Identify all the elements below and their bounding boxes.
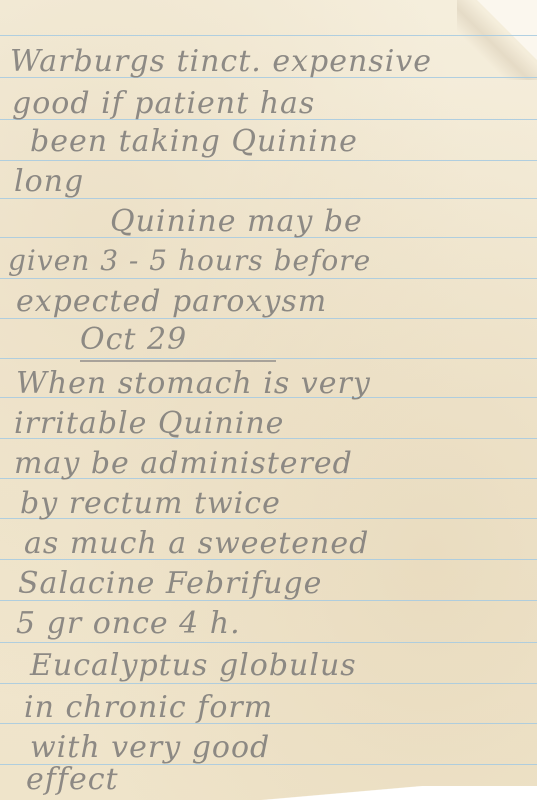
date-heading: Oct 29 — [80, 322, 537, 357]
handwritten-line-14: Salacine Febrifuge — [18, 566, 537, 601]
manuscript-page: Warburgs tinct. expensive good if patien… — [0, 0, 537, 800]
ruled-line — [0, 642, 537, 643]
handwritten-line-18: with very good — [30, 730, 537, 765]
handwritten-line-16: Eucalyptus globulus — [30, 648, 537, 683]
ruled-line — [0, 160, 537, 161]
ruled-line — [0, 358, 537, 359]
handwritten-line-4: long — [14, 164, 537, 199]
handwritten-line-7: expected paroxysm — [16, 284, 537, 319]
handwritten-line-15: 5 gr once 4 h. — [16, 606, 537, 641]
handwritten-line-9: When stomach is very — [16, 366, 537, 401]
handwritten-line-1: Warburgs tinct. expensive — [10, 44, 537, 79]
handwritten-line-5: Quinine may be — [110, 204, 537, 239]
handwritten-line-17: in chronic form — [24, 690, 537, 725]
date-underline — [80, 360, 276, 362]
handwritten-line-2: good if patient has — [12, 86, 537, 121]
ruled-line — [0, 278, 537, 279]
handwritten-line-12: by rectum twice — [20, 486, 537, 521]
handwritten-line-11: may be administered — [14, 446, 537, 481]
handwritten-line-6: given 3 - 5 hours before — [8, 244, 537, 277]
ruled-line — [0, 35, 537, 36]
ruled-line — [0, 683, 537, 684]
torn-bottom-edge — [0, 786, 537, 800]
handwritten-line-13: as much a sweetened — [24, 526, 537, 561]
handwritten-line-3: been taking Quinine — [30, 124, 537, 159]
handwritten-line-10: irritable Quinine — [14, 406, 537, 441]
